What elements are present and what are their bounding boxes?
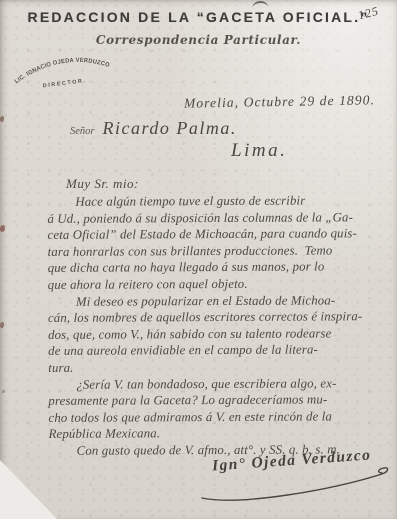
- paper-speck: [0, 116, 4, 122]
- letter-body-line: Mi deseo es popularizar en el Estado de …: [48, 292, 390, 310]
- paper-speck: [2, 390, 5, 393]
- letter-body-line: que dicha carta no haya llegado á sus ma…: [48, 258, 390, 276]
- letter-body-line: presamente para la Gaceta? Lo agradecerí…: [48, 391, 390, 409]
- letter-body-line: que ahora la reitero con aquel objeto.: [48, 275, 390, 293]
- paper-speck: [0, 225, 5, 232]
- recipient-line: SeñorRicardo Palma.: [70, 118, 237, 139]
- director-stamp-graphic: LIC. IGNACIO OJEDA VERDUZCO. DIRECTOR.: [9, 42, 114, 98]
- letter-body: Hace algún tiempo tuve el gusto de escri…: [47, 192, 390, 459]
- recipient-city: Lima.: [231, 140, 287, 162]
- recipient-prefix: Señor: [70, 126, 95, 137]
- ink-stray-mark: [252, 0, 268, 8]
- letter-body-line: cho todos los que admiramos á V. en este…: [48, 408, 390, 426]
- scanned-letter-page: REDACCION DE LA “GACETA OFICIAL.” Corres…: [0, 0, 397, 519]
- letter-body-line: República Mexicana.: [49, 424, 391, 442]
- letter-body-line: tara honrarlas con sus brillantes produc…: [48, 242, 390, 260]
- letter-body-line: Hace algún tiempo tuve el gusto de escri…: [47, 192, 389, 210]
- letter-body-line: dos, que, como V., hán sabido con su tal…: [48, 325, 390, 343]
- letter-body-line: ¿Sería V. tan bondadoso, que escribiera …: [48, 375, 390, 393]
- letter-body-line: ceta Oficial” del Estado de Michoacán, p…: [47, 225, 389, 243]
- director-stamp: LIC. IGNACIO OJEDA VERDUZCO. DIRECTOR.: [9, 42, 114, 98]
- salutation: Muy Sr. mio:: [66, 176, 139, 192]
- letter-body-line: de una aureola envidiable en el campo de…: [48, 341, 390, 359]
- svg-text:LIC. IGNACIO OJEDA VERDUZCO.: LIC. IGNACIO OJEDA VERDUZCO.: [9, 42, 112, 86]
- signature-flourish: [186, 462, 396, 504]
- dateline: Morelia, Octubre 29 de 1890.: [184, 92, 375, 111]
- letter-body-line: cán, los nombres de aquellos escritores …: [48, 308, 390, 326]
- paper-speck: [0, 322, 4, 328]
- letter-body-line: tura.: [48, 358, 390, 376]
- letter-paper: REDACCION DE LA “GACETA OFICIAL.” Corres…: [0, 0, 397, 519]
- letter-body-line: á Ud., poniendo á su disposición las col…: [47, 209, 389, 227]
- stamp-role-text: DIRECTOR.: [43, 78, 87, 89]
- letterhead-title: REDACCION DE LA “GACETA OFICIAL.”: [0, 9, 397, 25]
- stamp-arc-text: LIC. IGNACIO OJEDA VERDUZCO.: [9, 42, 112, 86]
- letterhead-subtitle: Correspondencia Particular.: [0, 33, 397, 47]
- recipient-name: Ricardo Palma.: [103, 118, 237, 138]
